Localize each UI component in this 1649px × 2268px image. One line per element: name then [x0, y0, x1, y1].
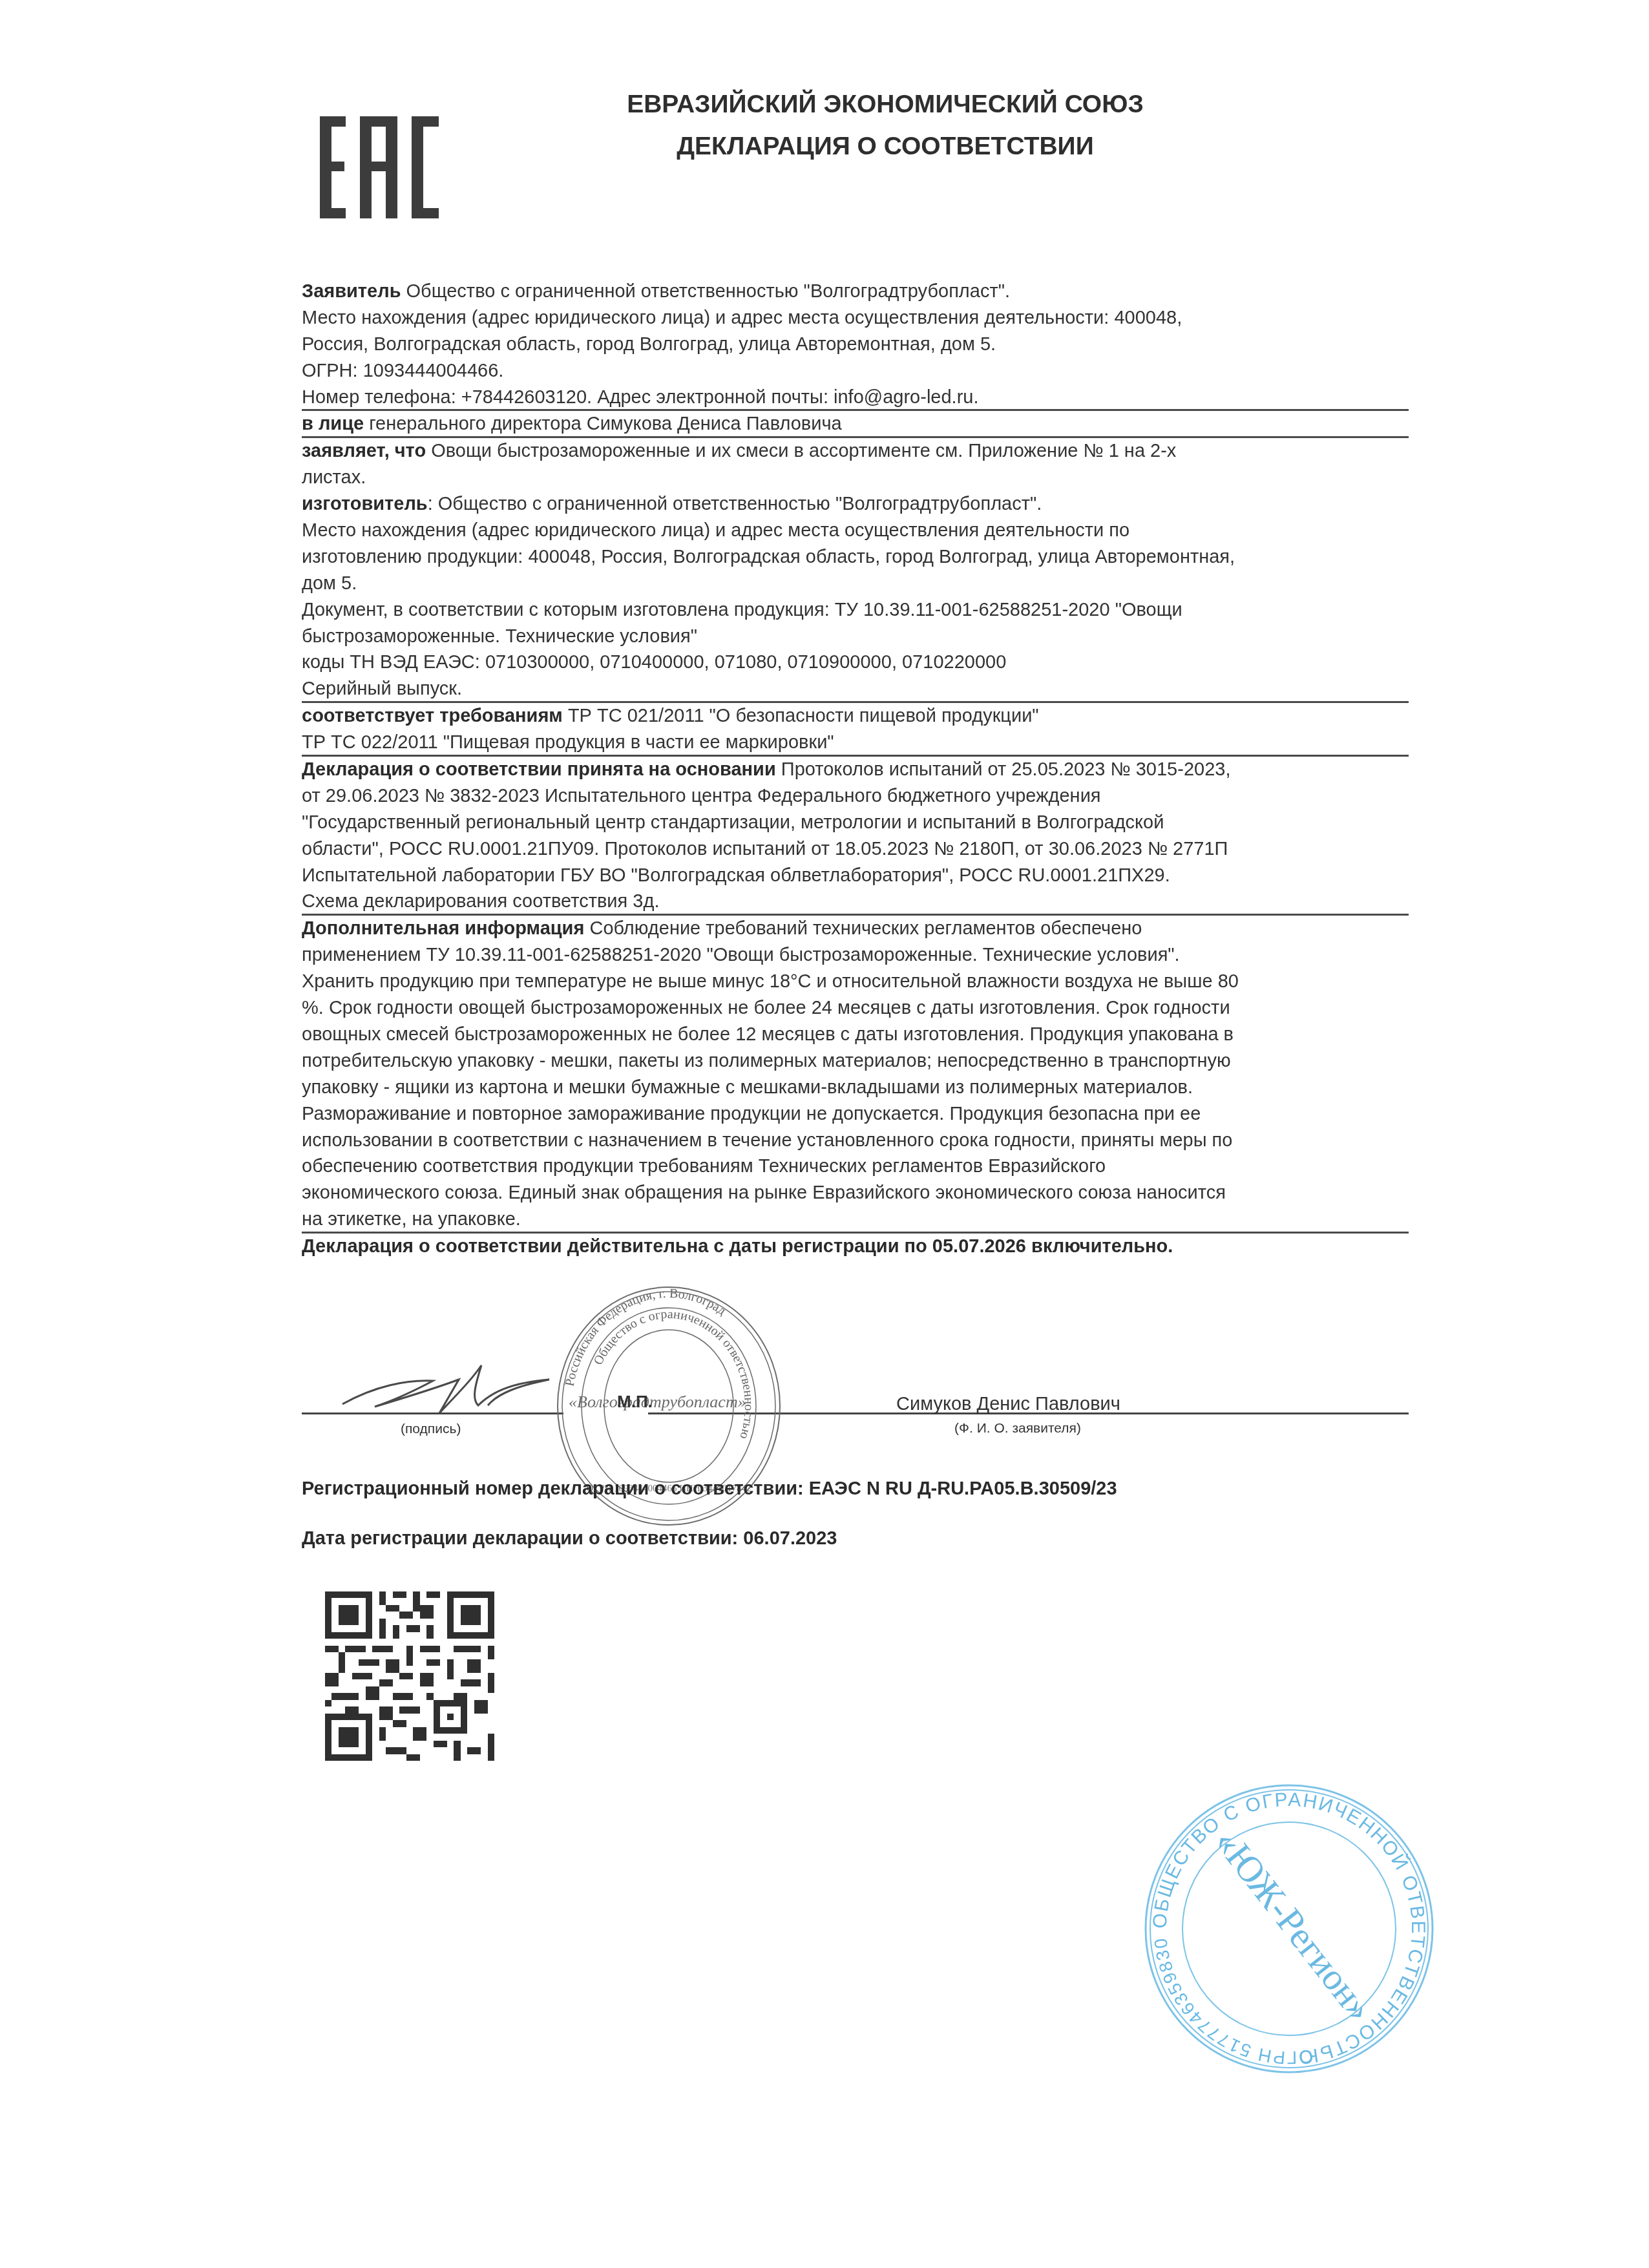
svg-text:Российская Федерация, г. Волго: Российская Федерация, г. Волгоград — [563, 1286, 729, 1387]
manufacturer-line-3: изготовлению продукции: 400048, Россия, … — [302, 544, 1409, 571]
declares-line-2: листах. — [302, 465, 1409, 491]
svg-text:М.П.: М.П. — [617, 1392, 653, 1411]
divider — [302, 1232, 1409, 1234]
signature-caption: (подпись) — [401, 1422, 461, 1437]
additional-info-line-9: использовании в соответствии с назначени… — [302, 1128, 1409, 1154]
additional-info-line-10: обеспечению соответствия продукции требо… — [302, 1153, 1409, 1180]
manufacturer-line-5: Документ, в соответствии с которым изгот… — [302, 597, 1409, 624]
document-title: ДЕКЛАРАЦИЯ О СООТВЕТСТВИИ — [582, 132, 1189, 160]
additional-info-line-5: овощных смесей быстрозамороженных не бол… — [302, 1022, 1409, 1048]
basis-line-4: области", РОСС RU.0001.21ПУ09. Протоколо… — [302, 836, 1409, 863]
qr-code[interactable] — [325, 1591, 494, 1761]
additional-info-line-6: потребительскую упаковку - мешки, пакеты… — [302, 1048, 1409, 1075]
registration-number: Регистрационный номер декларации о соотв… — [302, 1478, 1117, 1500]
serial-production: Серийный выпуск. — [302, 676, 1409, 702]
union-title: ЕВРАЗИЙСКИЙ ЭКОНОМИЧЕСКИЙ СОЮЗ — [582, 90, 1189, 118]
divider — [302, 914, 1409, 916]
signer-caption: (Ф. И. О. заявителя) — [954, 1421, 1081, 1436]
applicant-label: Заявитель — [302, 281, 401, 302]
additional-info-line-11: экономического союза. Единый знак обраще… — [302, 1180, 1409, 1206]
eac-logo: EAC — [320, 116, 443, 218]
manufacturer-line-6: быстрозамороженные. Технические условия" — [302, 624, 1409, 650]
divider — [302, 701, 1409, 703]
additional-info-line-3: Хранить продукцию при температуре не выш… — [302, 969, 1409, 995]
manufacturer-line-4: дом 5. — [302, 571, 1409, 597]
svg-text:Общество с ограниченной ответс: Общество с ограниченной ответственностью — [591, 1307, 756, 1440]
additional-info-line-4: %. Срок годности овощей быстрозамороженн… — [302, 995, 1409, 1022]
applicant-address-2: Россия, Волгоградская область, город Вол… — [302, 331, 1409, 358]
blue-company-stamp: ОБЩЕСТВО С ОГРАНИЧЕННОЙ ОТВЕТСТВЕННОСТЬЮ… — [1140, 1780, 1438, 2077]
basis-line-1: Декларация о соответствии принята на осн… — [302, 757, 1409, 783]
signature-line — [302, 1412, 563, 1414]
svg-text:«Волгоградтрубопласт»: «Волгоградтрубопласт» — [569, 1392, 746, 1411]
basis-line-6: Схема декларирования соответствия 3д. — [302, 888, 1409, 915]
additional-info-line-2: применением ТУ 10.39.11-001-62588251-202… — [302, 942, 1409, 969]
validity-statement: Декларация о соответствии действительна … — [302, 1234, 1409, 1260]
additional-info-line-12: на этикетке, на упаковке. — [302, 1206, 1409, 1233]
additional-info-line-7: упаковку - ящики из картона и мешки бума… — [302, 1075, 1409, 1101]
basis-line-3: "Государственный региональный центр стан… — [302, 810, 1409, 836]
registration-date: Дата регистрации декларации о соответств… — [302, 1528, 837, 1549]
manufacturer-line-1: изготовитель: Общество с ограниченной от… — [302, 491, 1409, 518]
applicant-ogrn: ОГРН: 1093444004466. — [302, 358, 1409, 384]
applicant-contacts: Номер телефона: +78442603120. Адрес элек… — [302, 384, 1409, 411]
basis-line-2: от 29.06.2023 № 3832-2023 Испытательного… — [302, 783, 1409, 810]
additional-info-line-1: Дополнительная информация Соблюдение тре… — [302, 916, 1409, 942]
applicant-section: Заявитель Общество с ограниченной ответс… — [302, 278, 1409, 410]
manufacturer-line-2: Место нахождения (адрес юридического лиц… — [302, 518, 1409, 544]
declares-line-1: заявляет, что Овощи быстрозамороженные и… — [302, 438, 1409, 465]
svg-text:«ЮЖ-Регион»: «ЮЖ-Регион» — [1206, 1822, 1381, 2029]
basis-line-5: Испытательной лаборатории ГБУ ВО "Волгог… — [302, 863, 1409, 889]
divider — [302, 755, 1409, 757]
applicant-address-1: Место нахождения (адрес юридического лиц… — [302, 305, 1409, 331]
signature — [336, 1354, 569, 1418]
divider — [302, 409, 1409, 411]
represented-by: в лице генерального директора Симукова Д… — [302, 411, 1409, 437]
conforms-line-1: соответствует требованиям ТР ТС 021/2011… — [302, 703, 1409, 730]
signer-name: Симуков Денис Павлович — [896, 1394, 1120, 1415]
declaration-body: Заявитель Общество с ограниченной ответс… — [302, 278, 1409, 1260]
tnved-codes: коды ТН ВЭД ЕАЭС: 0710300000, 0710400000… — [302, 649, 1409, 676]
conforms-line-2: ТР ТС 022/2011 "Пищевая продукция в част… — [302, 730, 1409, 756]
additional-info-line-8: Размораживание и повторное замораживание… — [302, 1101, 1409, 1128]
divider — [302, 436, 1409, 438]
